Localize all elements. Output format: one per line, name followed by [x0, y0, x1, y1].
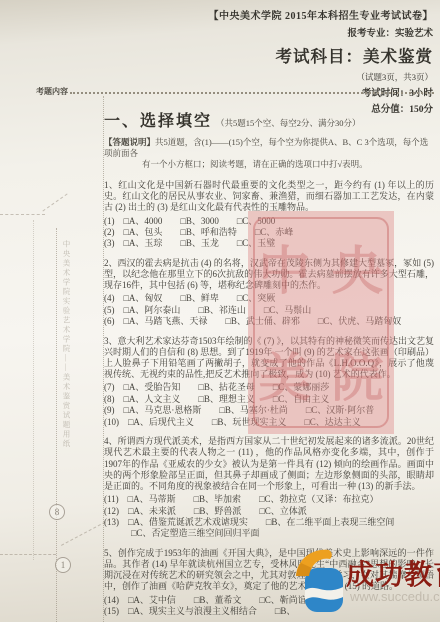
question-2: 2、西汉的霍去病是抗击 (4) 的名将，汉武帝在茂陵东侧为其修建大型墓冢，冢如 … — [104, 258, 434, 328]
option-row-3[interactable]: (3) □A、玉琮 □B、玉龙 □C、玉璧 — [104, 238, 434, 249]
page-number-mark-1: 1 — [55, 557, 71, 573]
question-5: 5、创作完成于1953年的油画《开国大典》，是中国现代美术史上影响深远的一件作品… — [104, 548, 434, 618]
fold-dotted-line — [33, 220, 34, 560]
option-row-13a[interactable]: (13) □A、借鉴荒诞派艺术戏谑现实 □B、在二维平面上表现三维空间 — [104, 517, 434, 528]
section-heading: 一、选择填空（共5题15个空、每空2分、满分30分） — [104, 108, 434, 131]
question-1: 1、红山文化是中国新石器时代最重要的文化类型之一，距今约有 (1) 年以上的历史… — [104, 180, 434, 250]
crease-line-bottom — [0, 554, 56, 555]
question-5-text: 5、创作完成于1953年的油画《开国大典》，是中国现代美术史上影响深远的一件作品… — [104, 548, 434, 593]
dotted-rule — [70, 92, 434, 94]
question-2-text: 2、西汉的霍去病是抗击 (4) 的名将，汉武帝在茂陵东侧为其修建大型墓冢，冢如 … — [104, 258, 434, 292]
exam-paper-page: 【中央美术学院 2015年本科招生专业考试试卷】 报考专业：实验艺术 考试科目：… — [0, 0, 440, 622]
option-row-14[interactable]: (14) □A、艾中信 □B、董希文 □C、靳尚谊 — [104, 595, 434, 606]
crease-line-top — [0, 214, 45, 215]
instruction-label: 【答题说明】 — [104, 137, 155, 147]
option-row-5[interactable]: (5) □A、阿尔泰山 □B、祁连山 □C、马鬃山 — [104, 305, 434, 316]
option-row-4[interactable]: (4) □A、匈奴 □B、鲜卑 □C、突厥 — [104, 293, 434, 304]
answer-instructions: 【答题说明】共5道题，含(1)——(15)个空，每个空为你提供A、B、C 3个选… — [104, 137, 434, 170]
major-line: 报考专业：实验艺术 — [209, 25, 434, 39]
exam-header: 【中央美术学院 2015年本科招生专业考试试卷】 报考专业：实验艺术 考试科目：… — [209, 7, 434, 115]
content-label: 考题内容 — [36, 86, 68, 97]
question-1-text: 1、红山文化是中国新石器时代最重要的文化类型之一，距今约有 (1) 年以上的历史… — [104, 180, 434, 214]
option-row-8[interactable]: (8) □A、人文主义 □B、理想主义 □C、自由主义 — [104, 394, 434, 405]
option-row-12[interactable]: (12) □A、未来派 □B、野兽派 □C、立体派 — [104, 506, 434, 517]
question-4: 4、所谓西方现代派美术，是指西方国家从二十世纪初发展起来的诸多流派。20世纪现代… — [104, 436, 434, 540]
option-row-11[interactable]: (11) □A、马蒂斯 □B、毕加索 □C、勃拉克（又译：布拉克） — [104, 494, 434, 505]
option-row-10[interactable]: (10) □A、后现代主义 □B、玩世现实主义 □C、达达主义 — [104, 417, 434, 428]
option-row-6[interactable]: (6) □A、马踏飞燕、天禄 □B、武士俑、辟邪 □C、伏虎、马踏匈奴 — [104, 316, 434, 327]
question-4-text: 4、所谓西方现代派美术，是指西方国家从二十世纪初发展起来的诸多流派。20世纪现代… — [104, 436, 434, 492]
question-3: 3、意大利艺术家达芬奇1503年绘制的《 (7) 》，以其特有的神秘微笑而传达出… — [104, 336, 434, 428]
option-row-1[interactable]: (1) □A、4000 □B、3000 □C、5000 — [104, 216, 434, 227]
crease-diagonal-top — [42, 193, 67, 211]
subject-line: 考试科目：美术鉴赏 — [209, 43, 434, 67]
option-row-7[interactable]: (7) □A、受胎告知 □B、拈花圣母 □C、蒙娜丽莎 — [104, 382, 434, 393]
section-title: 一、选择填空 — [104, 113, 212, 130]
margin-vertical-text: 中央美术学院实验艺术学院——美术鉴赏试题用纸 — [61, 240, 72, 526]
option-row-15[interactable]: (15) □A、现实主义与浪漫主义相结合 □B、 — [104, 606, 434, 617]
section-score-note: （共5题15个空、每空2分、满分30分） — [216, 118, 361, 128]
content-label-row: 考题内容 — [36, 86, 434, 97]
question-3-text: 3、意大利艺术家达芬奇1503年绘制的《 (7) 》，以其特有的神秘微笑而传达出… — [104, 336, 434, 381]
exam-title: 【中央美术学院 2015年本科招生专业考试试卷】 — [209, 7, 434, 22]
option-row-2[interactable]: (2) □A、包头 □B、呼和浩特 □C、赤峰 — [104, 227, 434, 238]
pages-line: （试题3页，共3页） — [209, 71, 434, 83]
option-row-9[interactable]: (9) □A、马克思·恩格斯 □B、马塞尔·杜尚 □C、汉斯·阿尔普 — [104, 405, 434, 416]
option-row-13b[interactable]: □C、否定塑造三维空间回归平面 — [104, 528, 434, 539]
page-number-mark-8: 8 — [49, 504, 65, 520]
instruction-text-2: 有一个小方框口；阅读考题，请在正确的选项口中打√表明。 — [104, 159, 434, 170]
question-area: 一、选择填空（共5题15个空、每空2分、满分30分） 【答题说明】共5道题，含(… — [104, 108, 434, 622]
